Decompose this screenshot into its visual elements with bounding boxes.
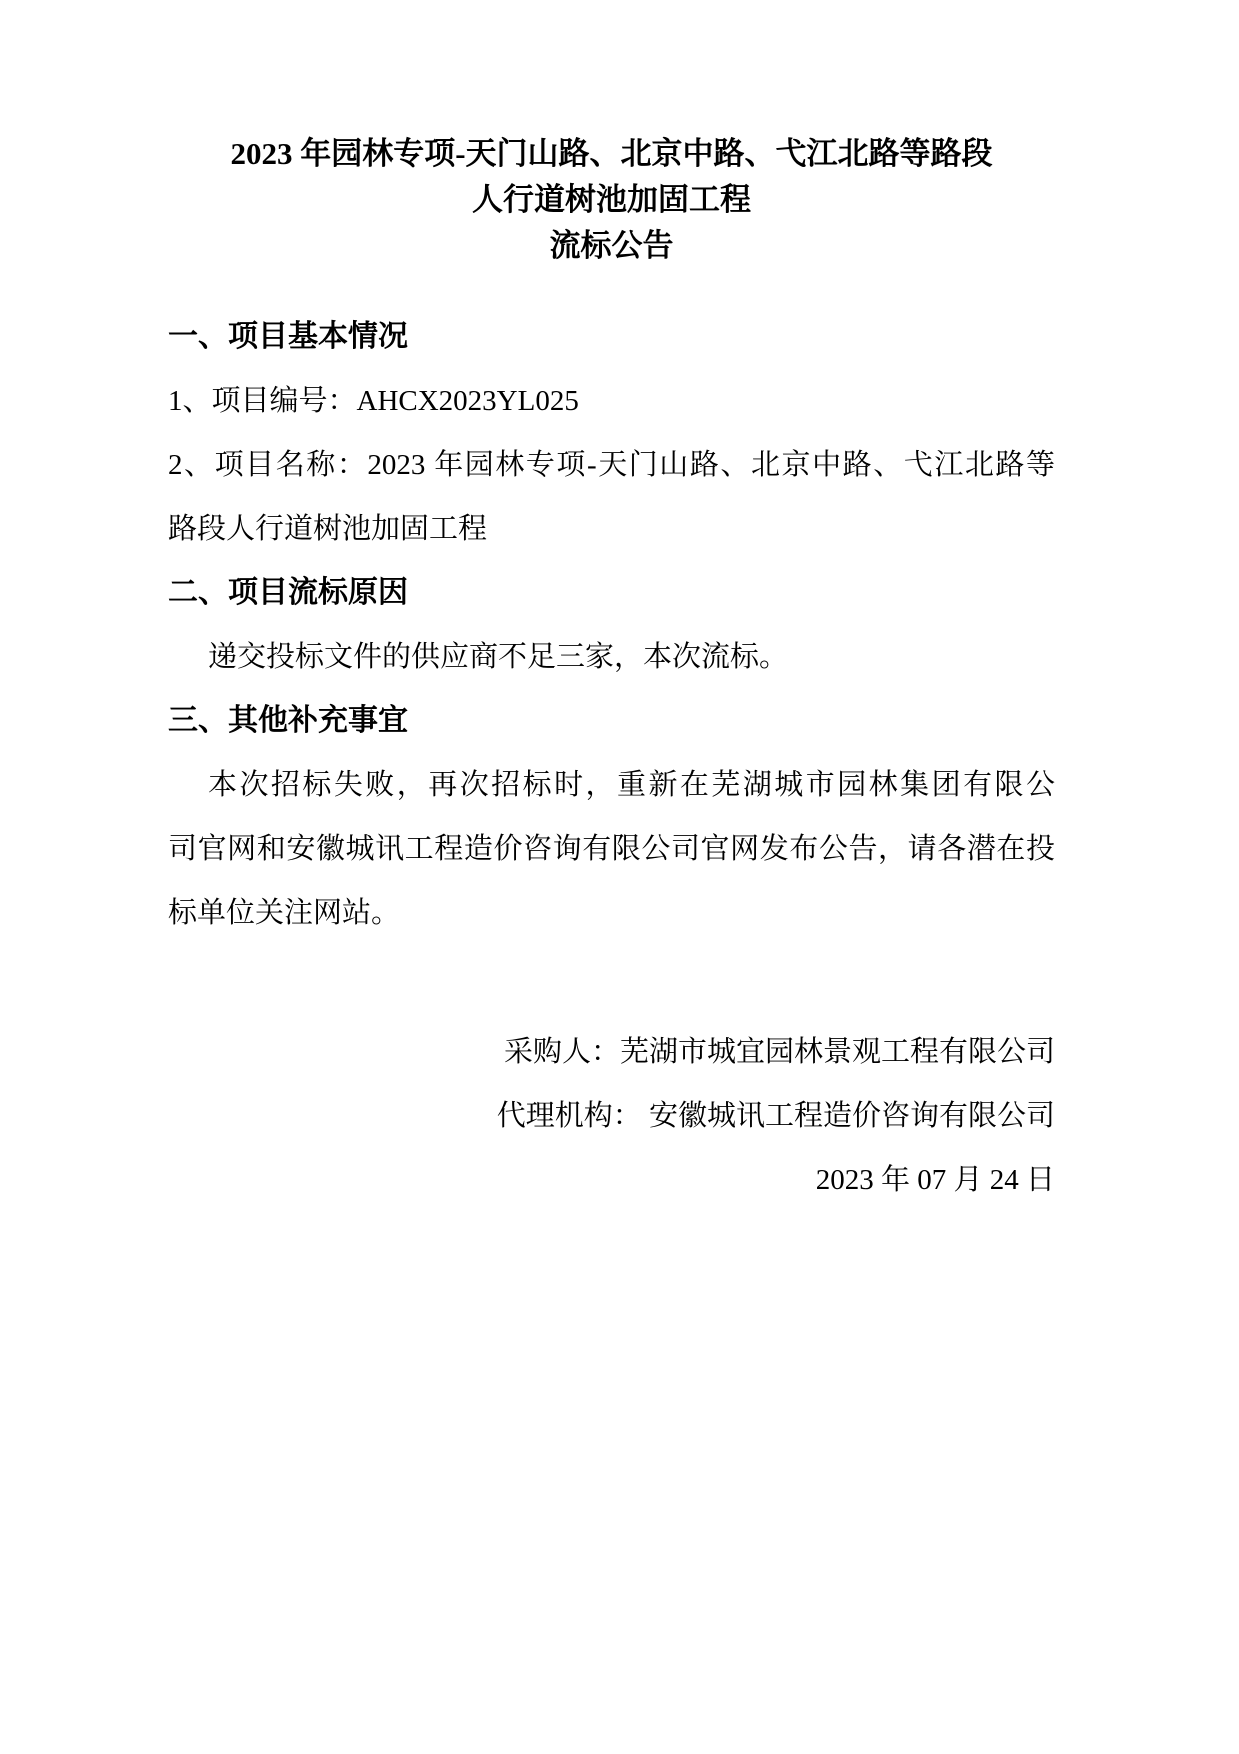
supplement-line-3: 标单位关注网站。 — [168, 881, 1055, 945]
purchaser-line: 采购人：芜湖市城宜园林景观工程有限公司 — [168, 1020, 1055, 1084]
title-line-3: 流标公告 — [168, 223, 1055, 269]
agency-line: 代理机构： 安徽城讯工程造价咨询有限公司 — [168, 1084, 1055, 1148]
section-1-heading: 一、项目基本情况 — [168, 305, 1055, 369]
document-lines: 一、项目基本情况1、项目编号：AHCX2023YL0252、项目名称：2023 … — [168, 305, 1055, 945]
date-line: 2023 年 07 月 24 日 — [168, 1148, 1055, 1212]
document-title: 2023 年园林专项-天门山路、北京中路、弋江北路等路段 人行道树池加固工程 流… — [168, 131, 1055, 269]
supplement-line-1: 本次招标失败，再次招标时，重新在芜湖城市园林集团有限公 — [168, 753, 1055, 817]
project-number-line: 1、项目编号：AHCX2023YL025 — [168, 369, 1055, 433]
project-name-line-1: 2、项目名称：2023 年园林专项-天门山路、北京中路、弋江北路等 — [168, 433, 1055, 497]
supplement-line-2: 司官网和安徽城讯工程造价咨询有限公司官网发布公告，请各潜在投 — [168, 817, 1055, 881]
document-page: 2023 年园林专项-天门山路、北京中路、弋江北路等路段 人行道树池加固工程 流… — [0, 0, 1239, 1754]
section-3-heading: 三、其他补充事宜 — [168, 689, 1055, 753]
section-2-heading: 二、项目流标原因 — [168, 561, 1055, 625]
title-line-2: 人行道树池加固工程 — [168, 177, 1055, 223]
title-line-1: 2023 年园林专项-天门山路、北京中路、弋江北路等路段 — [168, 131, 1055, 177]
signoff-block: 采购人：芜湖市城宜园林景观工程有限公司 代理机构： 安徽城讯工程造价咨询有限公司… — [168, 1020, 1055, 1212]
failure-reason-line: 递交投标文件的供应商不足三家，本次流标。 — [168, 625, 1055, 689]
project-name-line-2: 路段人行道树池加固工程 — [168, 497, 1055, 561]
